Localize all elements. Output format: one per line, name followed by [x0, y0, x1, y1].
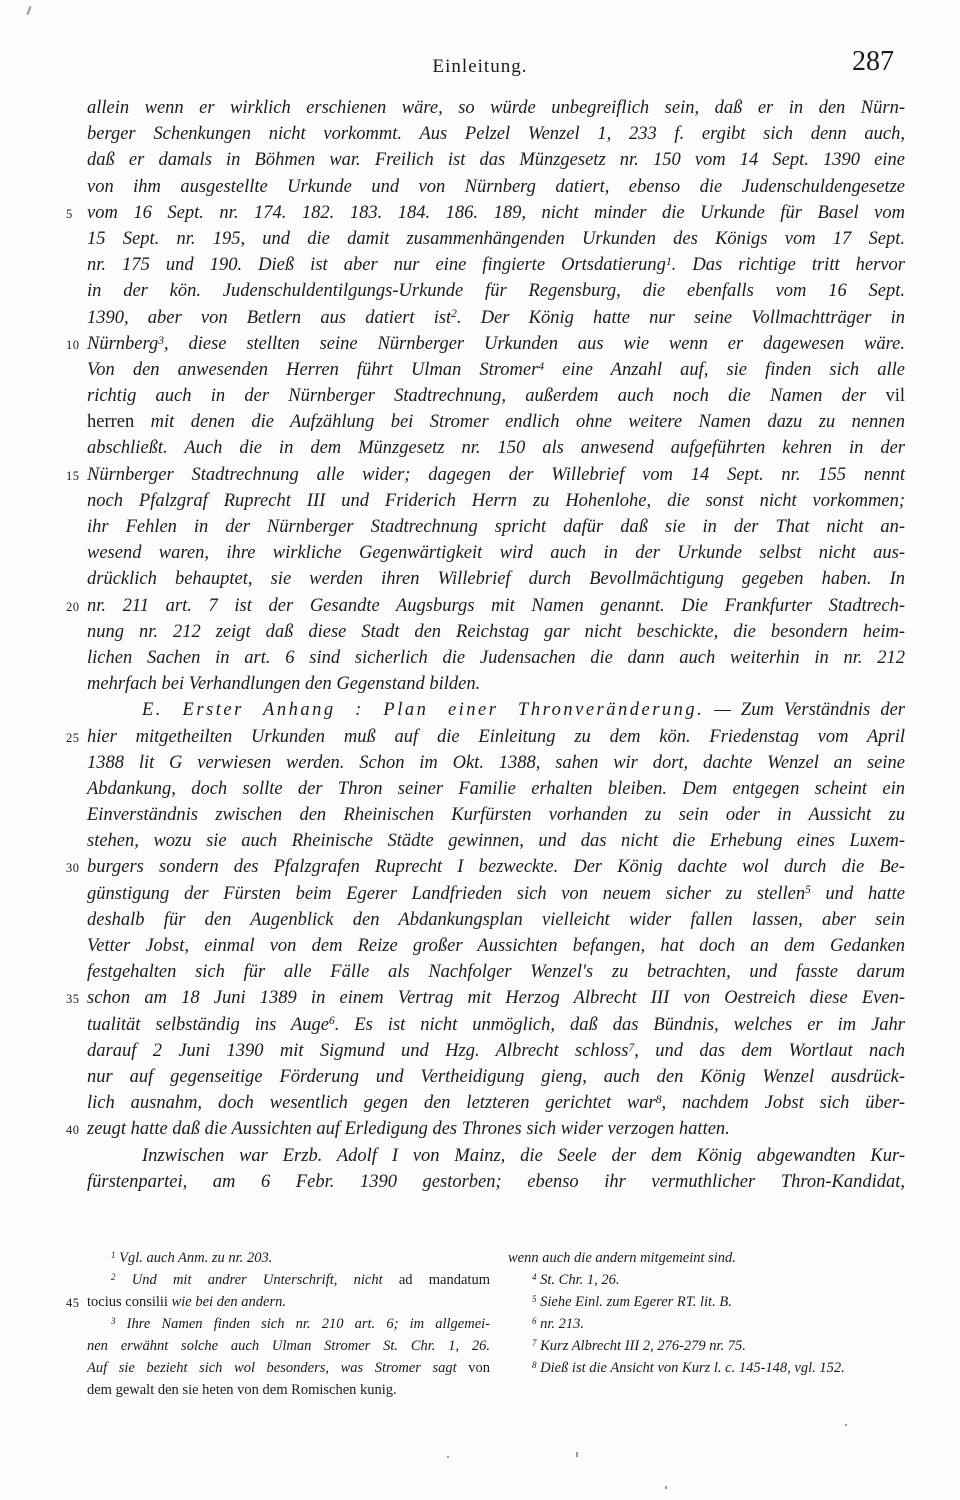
text-run: Abdankung, doch sollte der Thron seiner …: [87, 779, 905, 799]
text-line: herren mit denen die Aufzählung bei Stro…: [87, 409, 905, 435]
text-run: hier mitgetheilten Urkunden muß auf die …: [87, 727, 905, 747]
text-line: berger Schenkungen nicht vorkommt. Aus P…: [87, 121, 905, 147]
text-run: , diese stellten seine Nürnberger Urkund…: [164, 334, 905, 354]
letterspaced-text: E. Erster Anhang : Plan einer Thronverän…: [142, 700, 704, 720]
text-line: wesend waren, ihre wirkliche Gegenwärtig…: [87, 540, 905, 566]
footnote-marker: 7: [628, 1042, 634, 1054]
text-run: St. Chr. 1, 26.: [537, 1272, 620, 1288]
scan-speck: [845, 1424, 847, 1426]
text-run: wesend waren, ihre wirkliche Gegenwärtig…: [87, 543, 905, 563]
text-line: 30burgers sondern des Pfalzgrafen Ruprec…: [87, 854, 905, 880]
text-run: und hatte: [811, 884, 905, 904]
text-run: richtig auch in der Nürnberger Stadtrech…: [87, 386, 885, 406]
text-run: schon am 18 Juni 1389 in einem Vertrag m…: [87, 988, 905, 1008]
text-run: Von den anwesenden Herren führt Ulman St…: [87, 360, 538, 380]
text-line: von ihm ausgestellte Urkunde und von Nür…: [87, 174, 905, 200]
text-line: drücklich behauptet, sie werden ihren Wi…: [87, 566, 905, 592]
text-run: tualität selbständig ins Auge: [87, 1015, 329, 1035]
text-line: richtig auch in der Nürnberger Stadtrech…: [87, 383, 905, 409]
text-line: festgehalten sich für alle Fälle als Nac…: [87, 959, 905, 985]
text-line: 2 Und mit andrer Unterschrift, nicht ad …: [87, 1269, 490, 1291]
text-line: 1390, aber von Betlern aus datiert ist2.…: [87, 305, 905, 331]
footnote-marker: 1: [666, 256, 672, 268]
scan-speck: [447, 1456, 449, 1458]
footnotes-left-column: 1 Vgl. auch Anm. zu nr. 203.2 Und mit an…: [87, 1247, 490, 1401]
text-run: lich ausnahm, doch wesentlich gegen den …: [87, 1093, 656, 1113]
text-run: 15 Sept. nr. 195, und die damit zusammen…: [87, 229, 905, 249]
main-text-block: allein wenn er wirklich erschienen wäre,…: [87, 95, 905, 1195]
text-run: drücklich behauptet, sie werden ihren Wi…: [87, 569, 905, 589]
footnote-marker: 7: [532, 1338, 537, 1348]
text-run: allein wenn er wirklich erschienen wäre,…: [87, 98, 905, 118]
footnote-marker: 1: [111, 1250, 116, 1260]
text-run: Einverständnis zwischen den Rheinischen …: [87, 805, 905, 825]
text-line: tualität selbständig ins Auge6. Es ist n…: [87, 1012, 905, 1038]
text-line: 20nr. 211 art. 7 ist der Gesandte Augsbu…: [87, 593, 905, 619]
text-run: Dieß ist die Ansicht von Kurz l. c. 145-…: [537, 1360, 845, 1376]
margin-line-number: 30: [66, 855, 80, 881]
text-line: 5 Siehe Einl. zum Egerer RT. lit. B.: [508, 1291, 905, 1313]
text-line: 45tocius consilii wie bei den andern.: [87, 1291, 490, 1313]
text-line: 15Nürnberger Stadtrechnung alle wider; d…: [87, 462, 905, 488]
roman-text: ad mandatum: [399, 1272, 490, 1288]
text-run: deshalb für den Augenblick den Abdankung…: [87, 910, 905, 930]
page-number: 287: [852, 46, 894, 78]
text-line: 40zeugt hatte daß die Aussichten auf Erl…: [87, 1116, 905, 1142]
text-run: Siehe Einl. zum Egerer RT. lit. B.: [537, 1294, 732, 1310]
text-run: eine Anzahl auf, sie finden sich alle: [544, 360, 905, 380]
text-run: von ihm ausgestellte Urkunde und von Nür…: [87, 177, 905, 197]
roman-text: tocius consilii: [87, 1294, 168, 1310]
text-run: Vetter Jobst, einmal von dem Reize große…: [87, 936, 905, 956]
text-line: nen erwähnt solche auch Ulman Stromer St…: [87, 1335, 490, 1357]
text-run: nen erwähnt solche auch Ulman Stromer St…: [87, 1338, 490, 1354]
text-run: , nachdem Jobst sich über-: [662, 1093, 906, 1113]
text-run: nung nr. 212 zeigt daß diese Stadt den R…: [87, 622, 905, 642]
roman-text: vil: [885, 386, 905, 406]
footnote-marker: 2: [451, 308, 457, 320]
text-run: festgehalten sich für alle Fälle als Nac…: [87, 962, 905, 982]
roman-text: herren: [87, 412, 134, 432]
margin-line-number: 15: [66, 463, 80, 489]
text-run: wie bei den andern.: [168, 1294, 286, 1310]
text-run: , und das dem Wortlaut nach: [634, 1041, 905, 1061]
text-line: 35schon am 18 Juni 1389 in einem Vertrag…: [87, 985, 905, 1011]
text-line: günstigung der Fürsten beim Egerer Landf…: [87, 881, 905, 907]
text-line: Auf sie bezieht sich wol besonders, was …: [87, 1357, 490, 1379]
footnote-marker: 3: [158, 335, 164, 347]
text-line: 3 Ihre Namen finden sich nr. 210 art. 6;…: [87, 1313, 490, 1335]
text-line: 1388 lit G verwiesen werden. Schon im Ok…: [87, 750, 905, 776]
text-run: wenn auch die andern mitgemeint sind.: [508, 1250, 736, 1266]
text-run: 1390, aber von Betlern aus datiert ist: [87, 308, 451, 328]
text-line: noch Pfalzgraf Ruprecht III und Frideric…: [87, 488, 905, 514]
text-run: lichen Sachen in art. 6 sind sicherlich …: [87, 648, 905, 668]
text-run: stehen, wozu sie auch Rheinische Städte …: [87, 831, 905, 851]
margin-line-number: 25: [66, 725, 80, 751]
text-line: nur auf gegenseitige Förderung und Verth…: [87, 1064, 905, 1090]
text-run: nur auf gegenseitige Förderung und Verth…: [87, 1067, 905, 1087]
text-line: E. Erster Anhang : Plan einer Thronverän…: [87, 697, 905, 723]
text-run: darauf 2 Juni 1390 mit Sigmund und Hzg. …: [87, 1041, 628, 1061]
text-run: ihr Fehlen in der Nürnberger Stadtrechnu…: [87, 517, 905, 537]
footnote-marker: 5: [805, 884, 811, 896]
footnote-marker: 6: [329, 1015, 335, 1027]
text-line: nung nr. 212 zeigt daß diese Stadt den R…: [87, 619, 905, 645]
text-line: lich ausnahm, doch wesentlich gegen den …: [87, 1090, 905, 1116]
text-run: Und mit andrer Unterschrift, nicht: [116, 1272, 399, 1288]
text-line: 7 Kurz Albrecht III 2, 276-279 nr. 75.: [508, 1335, 905, 1357]
footnote-marker: 5: [532, 1294, 537, 1304]
scanned-book-page: Einleitung. 287 allein wenn er wirklich …: [0, 0, 960, 1500]
margin-line-number: 35: [66, 986, 80, 1012]
margin-line-number: 40: [66, 1117, 80, 1143]
text-line: mehrfach bei Verhandlungen den Gegenstan…: [87, 671, 905, 697]
margin-line-number: 20: [66, 594, 80, 620]
footnote-marker: 8: [532, 1360, 537, 1370]
text-run: zeugt hatte daß die Aussichten auf Erled…: [87, 1119, 730, 1139]
scan-speck: [665, 1486, 667, 1489]
text-run: günstigung der Fürsten beim Egerer Landf…: [87, 884, 805, 904]
footnote-marker: 4: [538, 361, 544, 373]
text-run: — Zum Verständnis der: [704, 700, 905, 720]
footnote-marker: 8: [656, 1094, 662, 1106]
text-run: mit denen die Aufzählung bei Stromer end…: [134, 412, 905, 432]
text-run: Vgl. auch Anm. zu nr. 203.: [116, 1250, 273, 1266]
text-run: 1388 lit G verwiesen werden. Schon im Ok…: [87, 753, 905, 773]
text-line: deshalb für den Augenblick den Abdankung…: [87, 907, 905, 933]
text-line: Von den anwesenden Herren führt Ulman St…: [87, 357, 905, 383]
text-line: nr. 175 und 190. Dieß ist aber nur eine …: [87, 252, 905, 278]
text-line: Inzwischen war Erzb. Adolf I von Mainz, …: [87, 1143, 905, 1169]
text-line: 6 nr. 213.: [508, 1313, 905, 1335]
text-line: allein wenn er wirklich erschienen wäre,…: [87, 95, 905, 121]
text-line: lichen Sachen in art. 6 sind sicherlich …: [87, 645, 905, 671]
text-run: abschließt. Auch die in dem Münzgesetz n…: [87, 438, 905, 458]
page-header-title: Einleitung.: [0, 56, 960, 78]
footnote-marker: 6: [532, 1316, 537, 1326]
text-line: 10Nürnberg3, diese stellten seine Nürnbe…: [87, 331, 905, 357]
scan-speck: [27, 6, 32, 15]
text-line: Abdankung, doch sollte der Thron seiner …: [87, 776, 905, 802]
text-run: daß er damals in Böhmen war. Freilich is…: [87, 150, 905, 170]
text-run: . Das richtige tritt hervor: [672, 255, 905, 275]
text-line: Einverständnis zwischen den Rheinischen …: [87, 802, 905, 828]
text-run: mehrfach bei Verhandlungen den Gegenstan…: [87, 674, 480, 694]
margin-line-number: 5: [66, 201, 73, 227]
margin-line-number: 45: [66, 1292, 80, 1314]
text-line: 15 Sept. nr. 195, und die damit zusammen…: [87, 226, 905, 252]
text-run: nr. 211 art. 7 ist der Gesandte Augsburg…: [87, 596, 905, 616]
roman-text: von: [468, 1360, 490, 1376]
text-line: 8 Dieß ist die Ansicht von Kurz l. c. 14…: [508, 1357, 905, 1379]
text-run: noch Pfalzgraf Ruprecht III und Frideric…: [87, 491, 905, 511]
text-run: burgers sondern des Pfalzgrafen Ruprecht…: [87, 857, 905, 877]
text-line: fürstenpartei, am 6 Febr. 1390 gestorben…: [87, 1169, 905, 1195]
text-run: . Der König hatte nur seine Vollmachtträ…: [457, 308, 905, 328]
text-line: in der kön. Judenschuldentilgungs-Urkund…: [87, 278, 905, 304]
text-run: nr. 213.: [537, 1316, 585, 1332]
text-line: stehen, wozu sie auch Rheinische Städte …: [87, 828, 905, 854]
text-line: 5vom 16 Sept. nr. 174. 182. 183. 184. 18…: [87, 200, 905, 226]
text-line: dem gewalt den sie heten von dem Romisch…: [87, 1379, 490, 1401]
footnote-marker: 2: [111, 1272, 116, 1282]
text-run: Nürnberg: [87, 334, 158, 354]
text-line: daß er damals in Böhmen war. Freilich is…: [87, 147, 905, 173]
text-run: vom 16 Sept. nr. 174. 182. 183. 184. 186…: [87, 203, 905, 223]
footnotes-right-column: wenn auch die andern mitgemeint sind.4 S…: [508, 1247, 905, 1379]
text-run: Auf sie bezieht sich wol besonders, was …: [87, 1360, 468, 1376]
text-line: 1 Vgl. auch Anm. zu nr. 203.: [87, 1247, 490, 1269]
text-line: darauf 2 Juni 1390 mit Sigmund und Hzg. …: [87, 1038, 905, 1064]
text-run: in der kön. Judenschuldentilgungs-Urkund…: [87, 281, 905, 301]
margin-line-number: 10: [66, 332, 80, 358]
footnote-marker: 3: [111, 1316, 116, 1326]
text-run: . Es ist nicht unmöglich, daß das Bündni…: [335, 1015, 905, 1035]
text-run: berger Schenkungen nicht vorkommt. Aus P…: [87, 124, 905, 144]
text-line: 4 St. Chr. 1, 26.: [508, 1269, 905, 1291]
text-run: Inzwischen war Erzb. Adolf I von Mainz, …: [142, 1146, 905, 1166]
text-line: ihr Fehlen in der Nürnberger Stadtrechnu…: [87, 514, 905, 540]
roman-text: dem gewalt den sie heten von dem Romisch…: [87, 1382, 397, 1398]
text-run: nr. 175 und 190. Dieß ist aber nur eine …: [87, 255, 666, 275]
footnote-marker: 4: [532, 1272, 537, 1282]
text-line: wenn auch die andern mitgemeint sind.: [508, 1247, 905, 1269]
text-run: Nürnberger Stadtrechnung alle wider; dag…: [87, 465, 905, 485]
text-line: 25hier mitgetheilten Urkunden muß auf di…: [87, 724, 905, 750]
text-run: fürstenpartei, am 6 Febr. 1390 gestorben…: [87, 1172, 905, 1192]
text-run: Ihre Namen finden sich nr. 210 art. 6; i…: [116, 1316, 491, 1332]
text-run: Kurz Albrecht III 2, 276-279 nr. 75.: [537, 1338, 746, 1354]
text-line: abschließt. Auch die in dem Münzgesetz n…: [87, 435, 905, 461]
scan-speck: [576, 1452, 578, 1457]
text-line: Vetter Jobst, einmal von dem Reize große…: [87, 933, 905, 959]
